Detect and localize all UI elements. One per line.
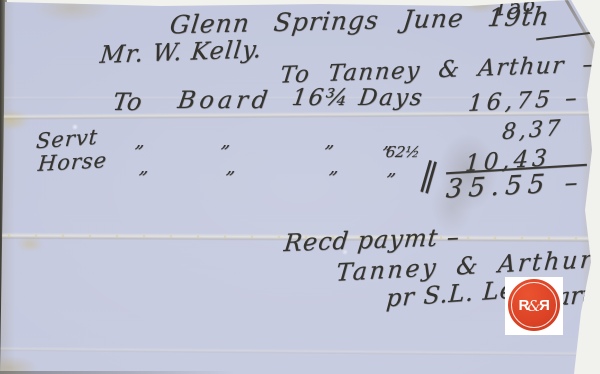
ditto-mark: „ xyxy=(386,159,400,180)
ditto-mark: „ xyxy=(220,131,234,152)
place-and-date-line: Glenn Springs June 19th xyxy=(168,2,551,40)
ditto-mark: „ xyxy=(225,157,239,178)
rr-logo-letter-left: R xyxy=(518,297,529,314)
debtor-line: To Tanney & Arthur — Dr xyxy=(279,49,600,88)
board-row-item: Board xyxy=(176,86,273,114)
ditto-mark: „ xyxy=(138,157,152,178)
rr-archive-logo: R & R xyxy=(505,277,563,335)
horse-row-label: Horse xyxy=(37,148,108,176)
rr-logo-ampersand: & xyxy=(527,297,540,315)
board-row-to: To xyxy=(111,88,144,116)
paper-crease xyxy=(0,346,600,356)
scanned-receipt-photo: 156 Glenn Springs June 19th Mr. W. Kelly… xyxy=(0,0,600,374)
second-amount: 8,37 xyxy=(501,116,564,145)
rr-logo-letter-right-mirrored: R xyxy=(539,297,550,314)
ditto-mark: „ xyxy=(134,131,148,152)
total-amount: 35.55 – xyxy=(445,167,585,204)
ditto-mark: „ xyxy=(328,157,342,178)
rr-logo-letters: R & R xyxy=(508,279,560,331)
horse-row-rate: 62½ xyxy=(384,143,421,161)
received-payment-line: Recd paymt – xyxy=(283,223,462,257)
paper-corner-tear xyxy=(564,0,596,49)
board-row-amount: 16,75 – xyxy=(467,85,582,117)
rr-logo-circle: R & R xyxy=(508,279,560,331)
receipt-paper: 156 Glenn Springs June 19th Mr. W. Kelly… xyxy=(0,0,600,374)
ditto-mark: „ xyxy=(324,131,338,152)
board-row-quantity: 16¾ Days xyxy=(290,85,425,111)
total-currency-mark: ∥ xyxy=(416,153,443,195)
addressee-line: Mr. W. Kelly. xyxy=(99,35,264,69)
